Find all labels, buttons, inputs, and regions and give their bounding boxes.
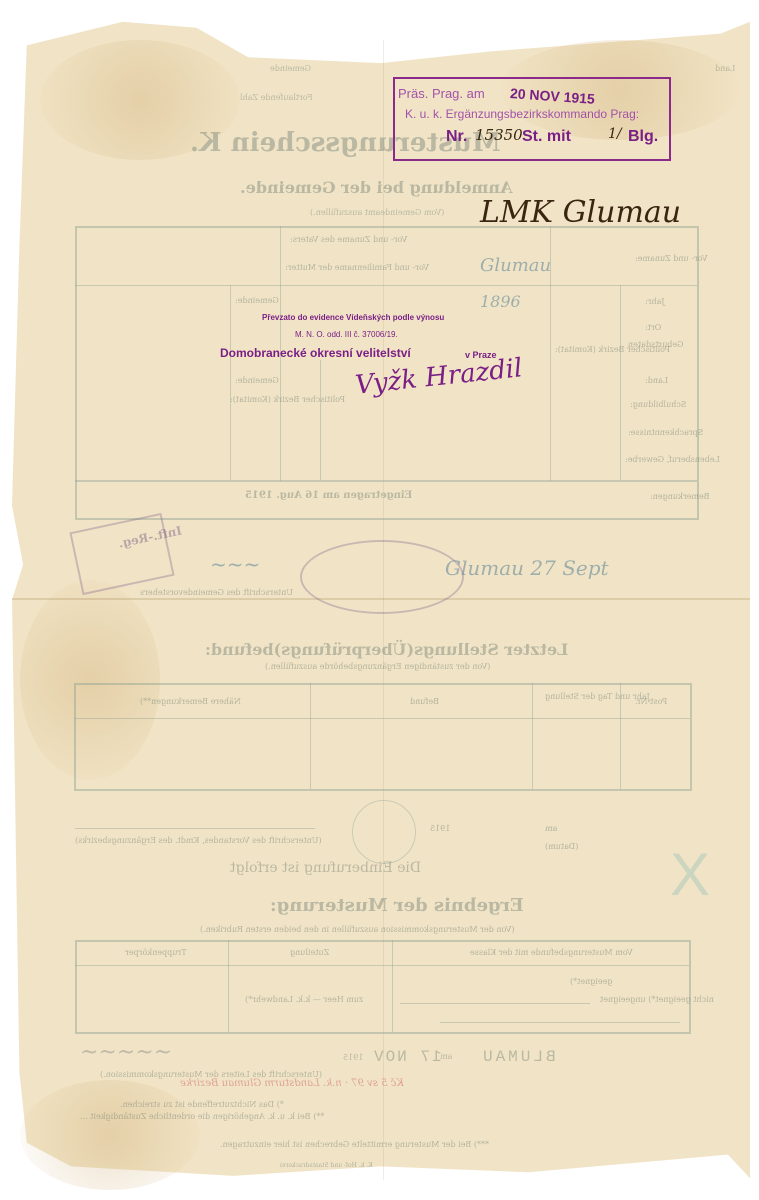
col-musterung: Vom Musterungsbefunde mit der Klasse xyxy=(470,948,633,957)
col-bemerkungen: Nähere Bemerkungen**) xyxy=(140,697,241,706)
stamp-attachments: 1/ xyxy=(608,126,622,142)
gemeinde-sign-caption: Unterschrift des Gemeindevorstehers xyxy=(140,588,293,597)
ergebnis-title: Ergebnis der Musterung: xyxy=(270,895,524,916)
gemeinde-label: Gemeinde xyxy=(270,64,311,73)
handwritten-glumau: LMK Glumau xyxy=(480,195,681,230)
footnote-2: **) Bei k. u. k. Angehörigen die ordentl… xyxy=(80,1112,324,1121)
label-ort: Ort: xyxy=(645,323,661,332)
letzter-note: (Von der zuständigen Ergänzungsbehörde a… xyxy=(265,662,490,671)
label-gemeinde-1: Gemeinde: xyxy=(235,296,279,305)
stamp-nr-label: Nr. xyxy=(446,128,467,146)
footnote-3: ***) Bei der Musterung ermittelte Gebrec… xyxy=(220,1140,489,1149)
czech-stamp-line3: Domobranecké okresní velitelství xyxy=(220,346,411,360)
label-bezirk-2: Politischer Bezirk (Komitat): xyxy=(230,395,345,404)
bottom-am: am xyxy=(440,1052,452,1061)
label-schulbildung: Schulbildung: xyxy=(630,400,686,409)
letzter-title: Letzter Stellungs(Überprüfungs)befund: xyxy=(205,640,568,659)
bemerkungen-label: Bemerkungen: xyxy=(650,492,710,501)
czech-stamp-line2: M. N. O. odd. III č. 37006/19. xyxy=(295,330,398,339)
erg-year: 1915 xyxy=(430,824,450,833)
die-einberufung: Die Einberufung ist erfolgt xyxy=(230,860,421,876)
stamp-blg-label: Blg. xyxy=(628,128,658,146)
czech-stamp-line1: Převzato do evidence Vídeňských podle vý… xyxy=(262,313,444,322)
form-subtitle: Anmeldung bei der Gemeinde. xyxy=(240,178,512,197)
cell-nicht-geeignet: nicht geeignet*) ungeeignet xyxy=(600,995,714,1004)
pencil-x-mark: X xyxy=(670,840,710,909)
bottom-year: 1915 xyxy=(343,1053,363,1062)
gemeinde-seal xyxy=(300,540,464,614)
label-sprachkenntnisse: Sprachkenntnisse: xyxy=(628,428,703,437)
bottom-signature: ~~~~~ xyxy=(80,1040,172,1065)
stamp-line2: K. u. k. Ergänzungsbezirkskommando Prag: xyxy=(405,107,639,121)
erg-seal-circle xyxy=(352,800,416,864)
col-truppenkoerper: Truppenkörper xyxy=(125,948,187,957)
cell-geeignet: geeignet*) xyxy=(570,977,613,986)
stamp-st-label: St. mit xyxy=(522,128,571,146)
col-jahr-tag: Jahr und Tag der Stellung xyxy=(545,692,650,701)
ergebnis-note: (Von der Musterungskommission auszufülle… xyxy=(200,925,515,934)
erg-sign-caption: (Unterschrift des Vorstandes, Kmdt. des … xyxy=(75,836,322,845)
stamp-nr-value: 15350 xyxy=(475,126,523,144)
footnote-1: *) Das Nichtzutreffende ist zu streichen… xyxy=(120,1100,284,1109)
col-zuteilung: Zuteilung xyxy=(290,948,329,957)
label-mutter: Vor- und Familienname der Mutter: xyxy=(285,263,429,272)
pencil-name: Glumau xyxy=(480,255,551,276)
red-annotation: Kč 5 sv 97 · n.k. Landsturm Glumau Bezir… xyxy=(180,1078,404,1089)
fortlaufende-zahl-label: Fortlaufende Zahl xyxy=(240,93,313,102)
label-jahr: Jahr: xyxy=(645,297,665,306)
place-date-handwritten: Glumau 27 Sept xyxy=(445,556,609,580)
cell-zuteilung: zum Heer — k.k. Landwehr*) xyxy=(245,995,363,1004)
signature-gemeinde: ~~~ xyxy=(210,552,260,576)
eingetragen: Eingetragen am 16 Aug. 1915 xyxy=(245,490,412,501)
printer-line: K. k. Hof- und Staatsdruckerei xyxy=(280,1162,373,1169)
stamp-line1: Präs. Prag. am xyxy=(398,86,485,101)
label-land: Land: xyxy=(645,376,668,385)
pencil-jahr: 1896 xyxy=(480,292,521,311)
land-label: Land xyxy=(715,64,735,73)
label-vorname: Vor- und Zuname: xyxy=(635,254,708,263)
label-vater: Vor- und Zuname des Vaters: xyxy=(290,235,407,244)
erg-am: am xyxy=(545,824,557,833)
bottom-place: BLUMAU xyxy=(480,1048,556,1066)
col-befund: Befund xyxy=(410,697,439,706)
bottom-date: 17 NOV xyxy=(372,1048,442,1066)
form-note: (Vom Gemeindeamt auszufüllen.) xyxy=(310,208,444,217)
label-lebensberuf: Lebensberuf, Gewerbe: xyxy=(625,455,720,464)
label-geburtsdaten: Geburtsdaten xyxy=(628,340,684,349)
label-gemeinde-2: Gemeinde: xyxy=(235,376,279,385)
erg-datum: (Datum) xyxy=(545,842,578,851)
